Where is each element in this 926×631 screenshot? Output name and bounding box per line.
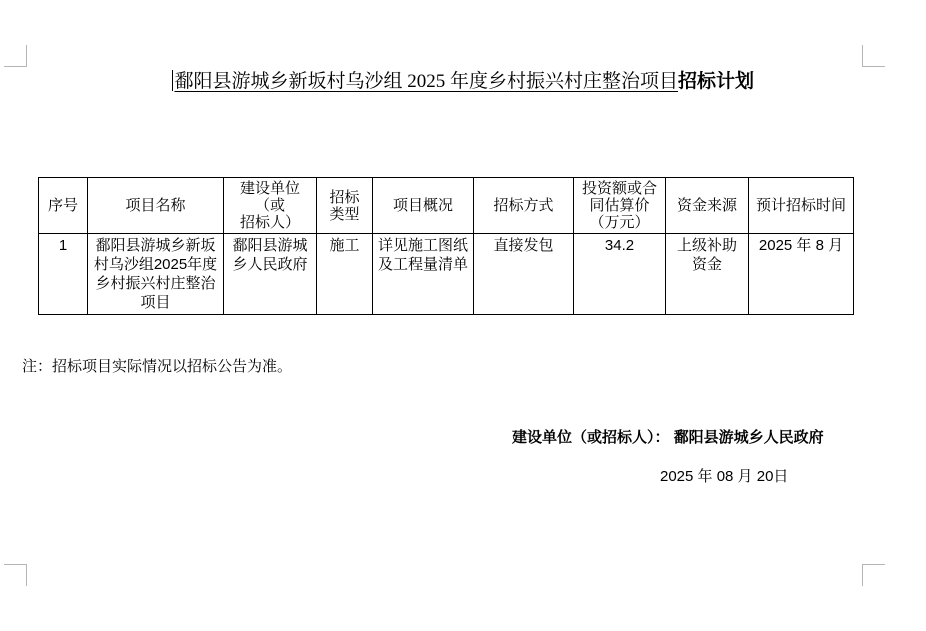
title-bold-text: 招标计划 bbox=[678, 71, 754, 92]
cell-construction-unit: 鄱阳县游城 乡人民政府 bbox=[224, 234, 317, 315]
cell-project-overview: 详见施工图纸 及工程量清单 bbox=[373, 234, 474, 315]
crop-mark-top-left-icon bbox=[4, 45, 27, 67]
col-header-investment-amount: 投资额或合 同估算价 （万元） bbox=[574, 178, 666, 234]
crop-mark-bottom-right-icon bbox=[862, 564, 885, 586]
table-row: 1 鄱阳县游城乡新坂 村乌沙组2025年度 乡村振兴村庄整治 项目 鄱阳县游城 … bbox=[39, 234, 854, 315]
cell-tender-method: 直接发包 bbox=[474, 234, 574, 315]
document-title: 鄱阳县游城乡新坂村乌沙组 2025 年度乡村振兴村庄整治项目招标计划 bbox=[0, 70, 926, 94]
cell-investment-amount: 34.2 bbox=[574, 234, 666, 315]
col-header-serial-no: 序号 bbox=[39, 178, 88, 234]
cell-expected-tender-time: 2025 年 8 月 bbox=[749, 234, 854, 315]
col-header-tender-method: 招标方式 bbox=[474, 178, 574, 234]
cell-fund-source: 上级补助 资金 bbox=[666, 234, 749, 315]
col-header-construction-unit: 建设单位（或 招标人） bbox=[224, 178, 317, 234]
col-header-project-overview: 项目概况 bbox=[373, 178, 474, 234]
col-header-fund-source: 资金来源 bbox=[666, 178, 749, 234]
crop-mark-bottom-left-icon bbox=[4, 564, 27, 586]
cell-project-name: 鄱阳县游城乡新坂 村乌沙组2025年度 乡村振兴村庄整治 项目 bbox=[88, 234, 224, 315]
footer-date-line: 2025 年 08 月 20日 bbox=[660, 465, 788, 486]
crop-mark-top-right-icon bbox=[862, 45, 885, 67]
document-page: 鄱阳县游城乡新坂村乌沙组 2025 年度乡村振兴村庄整治项目招标计划 序号 项目… bbox=[0, 0, 926, 631]
cell-tender-type: 施工 bbox=[317, 234, 373, 315]
cell-serial-no: 1 bbox=[39, 234, 88, 315]
col-header-tender-type: 招标 类型 bbox=[317, 178, 373, 234]
col-header-project-name: 项目名称 bbox=[88, 178, 224, 234]
note-text: 注：招标项目实际情况以招标公告为准。 bbox=[22, 355, 292, 376]
title-underlined-text: 鄱阳县游城乡新坂村乌沙组 2025 年度乡村振兴村庄整治项目 bbox=[174, 71, 678, 92]
tender-plan-table: 序号 项目名称 建设单位（或 招标人） 招标 类型 项目概况 招标方式 投资额或… bbox=[38, 177, 854, 315]
col-header-expected-tender-time: 预计招标时间 bbox=[749, 178, 854, 234]
footer-unit-line: 建设单位（或招标人）： 鄱阳县游城乡人民政府 bbox=[512, 426, 824, 447]
table-header-row: 序号 项目名称 建设单位（或 招标人） 招标 类型 项目概况 招标方式 投资额或… bbox=[39, 178, 854, 234]
